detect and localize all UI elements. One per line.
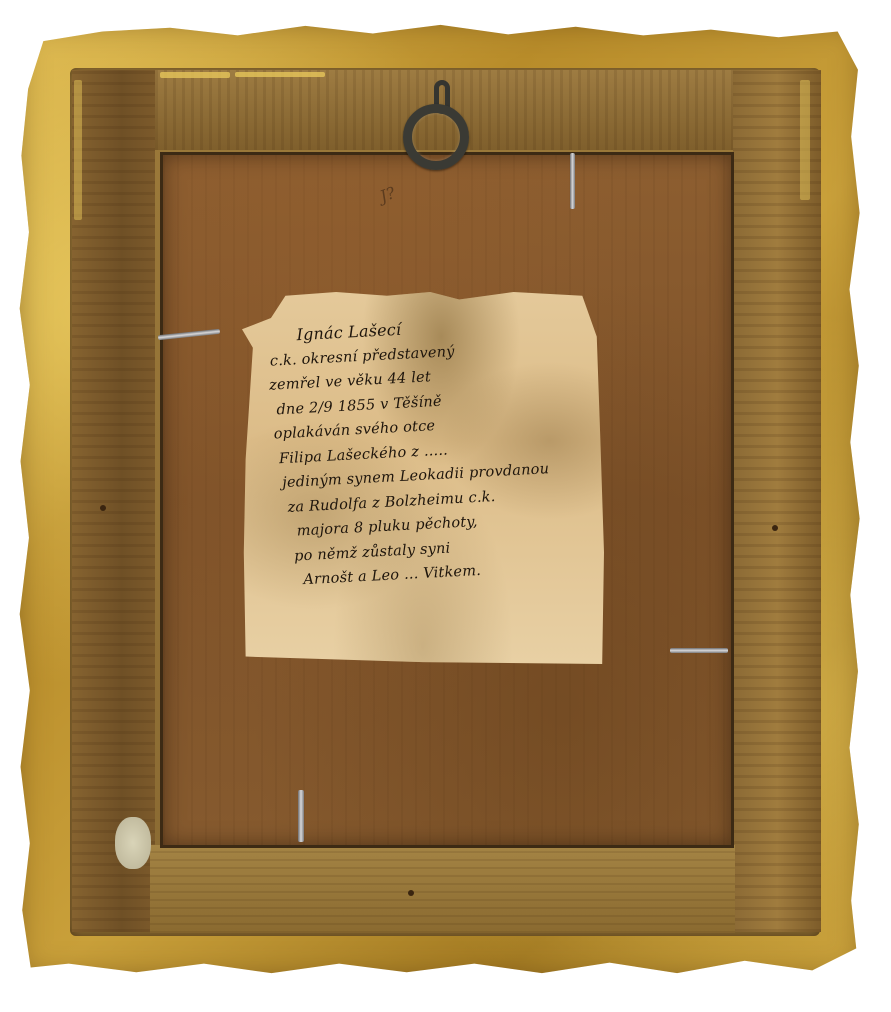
nail-top-right-icon [570, 153, 575, 209]
label-handwriting: Ignác Lašecí c.k. okresní představený ze… [262, 308, 606, 594]
gilt-flake [800, 80, 810, 200]
wormhole [772, 525, 778, 531]
nail-bottom-icon [298, 790, 304, 842]
wormhole [408, 890, 414, 896]
putty-blob [115, 817, 151, 869]
nail-right-icon [670, 648, 728, 653]
gilt-flake [160, 72, 230, 78]
gilt-flake [235, 72, 325, 77]
photo-scene: J? Ignác Lašecí c.k. okresní představený… [0, 0, 891, 1012]
wormhole [100, 505, 106, 511]
iron-ring-hanger-icon [403, 104, 469, 170]
stretcher-bar-left [72, 70, 155, 932]
gilt-flake [74, 80, 82, 220]
stretcher-bar-bottom [150, 845, 735, 933]
